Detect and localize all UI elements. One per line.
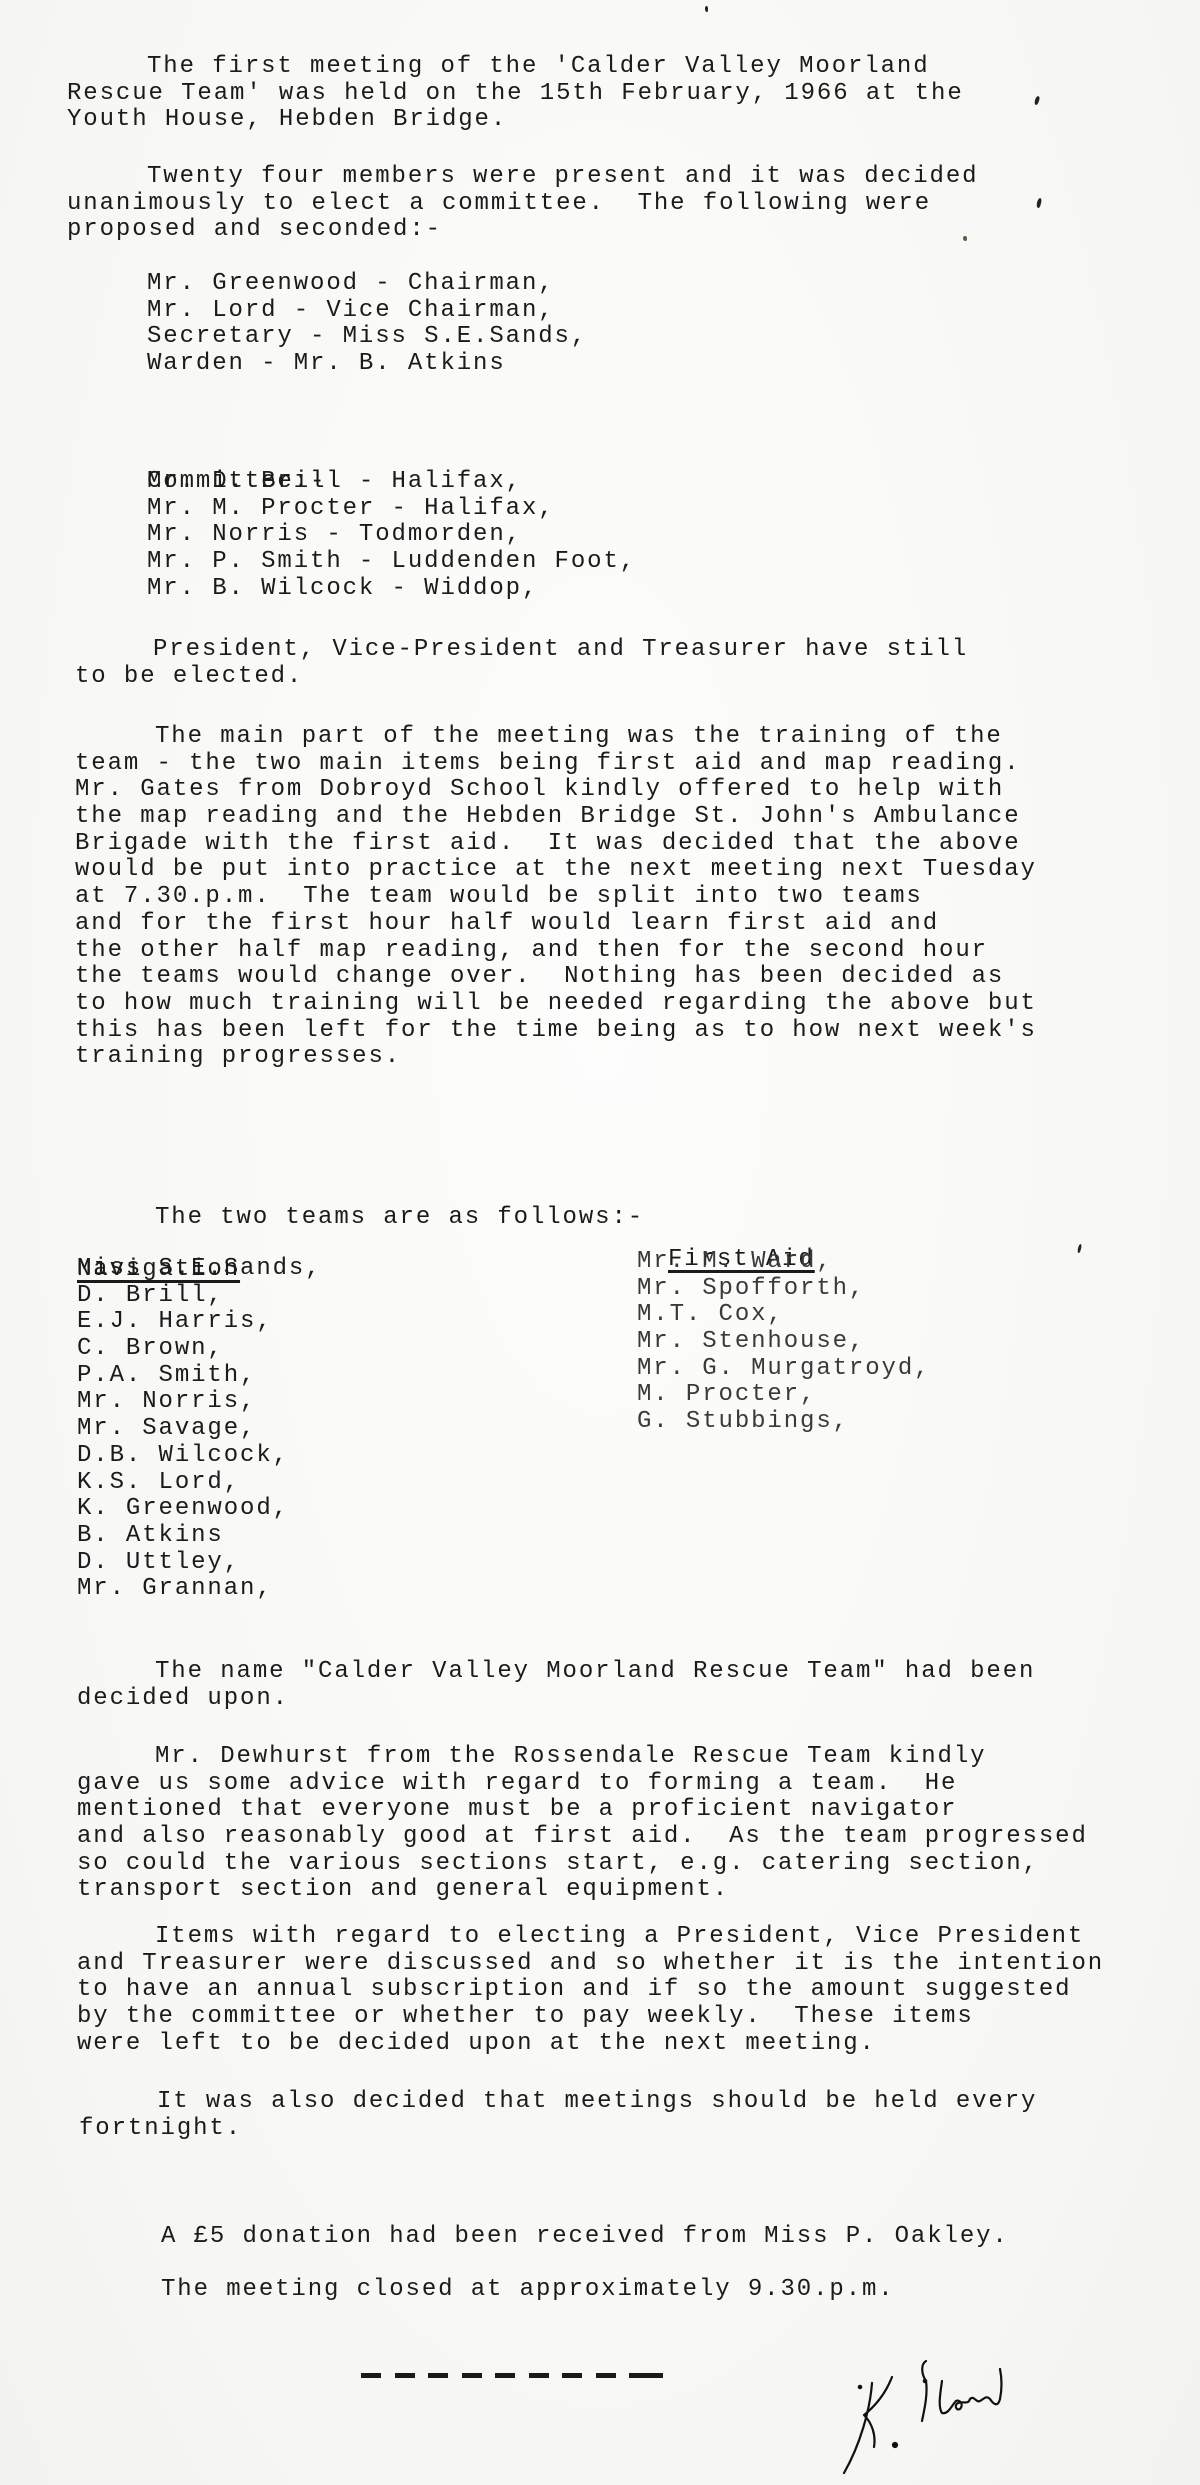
text-line: Mr. M. Ward,	[637, 1249, 930, 1276]
text-line: Twenty four members were present and it …	[67, 164, 978, 191]
text-line: Mr. Norris - Todmorden,	[147, 522, 636, 549]
text-line: to how much training will be needed rega…	[75, 991, 1037, 1018]
text-line: Miss S.E.Sands,	[77, 1256, 322, 1283]
text-line: mentioned that everyone must be a profic…	[77, 1797, 1088, 1824]
text-line: Mr. Lord - Vice Chairman,	[147, 298, 587, 325]
text-line: Mr. Grannan,	[77, 1576, 322, 1603]
text-line: G. Stubbings,	[637, 1409, 930, 1436]
navigation-team-list: Miss S.E.Sands,D. Brill,E.J. Harris,C. B…	[77, 1256, 322, 1603]
text-line: D. Brill,	[77, 1283, 322, 1310]
advice-paragraph: Mr. Dewhurst from the Rossendale Rescue …	[77, 1744, 1088, 1904]
text-line: Mr. Norris,	[77, 1389, 322, 1416]
text-line: and for the first hour half would learn …	[75, 911, 1037, 938]
text-line: M.T. Cox,	[637, 1302, 930, 1329]
text-line: E.J. Harris,	[77, 1309, 322, 1336]
text-line: Mr. D. Brill - Halifax,	[147, 469, 636, 496]
text-line: Youth House, Hebden Bridge.	[67, 107, 964, 134]
ink-speck	[705, 6, 708, 12]
text-line: proposed and seconded:-	[67, 217, 978, 244]
text-line: transport section and general equipment.	[77, 1877, 1088, 1904]
text-line: training progresses.	[75, 1044, 1037, 1071]
text-line: The name "Calder Valley Moorland Rescue …	[77, 1659, 1035, 1686]
text-line: the teams would change over. Nothing has…	[75, 964, 1037, 991]
text-line: M. Procter,	[637, 1382, 930, 1409]
text-line: Mr. Greenwood - Chairman,	[147, 271, 587, 298]
text-line: The main part of the meeting was the tra…	[75, 724, 1037, 751]
text-line: to be elected.	[75, 664, 968, 691]
text-line: the other half map reading, and then for…	[75, 938, 1037, 965]
text-line: and Treasurer were discussed and so whet…	[77, 1951, 1104, 1978]
attendance-paragraph: Twenty four members were present and it …	[67, 164, 978, 244]
text-line: fortnight.	[79, 2116, 1037, 2143]
name-decided-paragraph: The name "Calder Valley Moorland Rescue …	[77, 1659, 1035, 1712]
text-line: B. Atkins	[77, 1523, 322, 1550]
text-line: Items with regard to electing a Presiden…	[77, 1924, 1104, 1951]
text-line: by the committee or whether to pay weekl…	[77, 2004, 1104, 2031]
text-line: at 7.30.p.m. The team would be split int…	[75, 884, 1037, 911]
text-line: President, Vice-President and Treasurer …	[75, 637, 968, 664]
fortnight-paragraph: It was also decided that meetings should…	[79, 2089, 1037, 2142]
end-separator-dashes	[361, 2373, 663, 2378]
text-line: Brigade with the first aid. It was decid…	[75, 831, 1037, 858]
text-line: K. Greenwood,	[77, 1496, 322, 1523]
text-line: Mr. G. Murgatroyd,	[637, 1356, 930, 1383]
text-line: Warden - Mr. B. Atkins	[147, 351, 587, 378]
text-line: Mr. M. Procter - Halifax,	[147, 496, 636, 523]
text-line: gave us some advice with regard to formi…	[77, 1771, 1088, 1798]
ink-speck	[1077, 1244, 1082, 1253]
text-line: Rescue Team' was held on the 15th Februa…	[67, 81, 964, 108]
text-line: so could the various sections start, e.g…	[77, 1851, 1088, 1878]
text-line: unanimously to elect a committee. The fo…	[67, 191, 978, 218]
text-line: It was also decided that meetings should…	[79, 2089, 1037, 2116]
text-line: team - the two main items being first ai…	[75, 751, 1037, 778]
text-line: this has been left for the time being as…	[75, 1018, 1037, 1045]
text-line: were left to be decided upon at the next…	[77, 2031, 1104, 2058]
officers-list: Mr. Greenwood - Chairman,Mr. Lord - Vice…	[147, 271, 587, 378]
text-line: Mr. Spofforth,	[637, 1276, 930, 1303]
text-line: to have an annual subscription and if so…	[77, 1977, 1104, 2004]
items-paragraph: Items with regard to electing a Presiden…	[77, 1924, 1104, 2057]
text-line: Mr. Gates from Dobroyd School kindly off…	[75, 777, 1037, 804]
text-line: Secretary - Miss S.E.Sands,	[147, 324, 587, 351]
text-line: the map reading and the Hebden Bridge St…	[75, 804, 1037, 831]
text-line: Mr. Dewhurst from the Rossendale Rescue …	[77, 1744, 1088, 1771]
text-line: Mr. Stenhouse,	[637, 1329, 930, 1356]
text-line: The first meeting of the 'Calder Valley …	[67, 54, 964, 81]
still-to-elect-paragraph: President, Vice-President and Treasurer …	[75, 637, 968, 690]
closing-line: The meeting closed at approximately 9.30…	[161, 2224, 895, 2358]
text-line: decided upon.	[77, 1686, 1035, 1713]
text-line: Mr. B. Wilcock - Widdop,	[147, 576, 636, 603]
opening-paragraph: The first meeting of the 'Calder Valley …	[67, 54, 964, 134]
text-line: P.A. Smith,	[77, 1363, 322, 1390]
typewritten-minutes-page: The first meeting of the 'Calder Valley …	[0, 0, 1200, 2485]
ink-speck	[1034, 96, 1041, 106]
text-line: Mr. P. Smith - Luddenden Foot,	[147, 549, 636, 576]
committee-list: Mr. D. Brill - Halifax,Mr. M. Procter - …	[147, 469, 636, 602]
text-line: would be put into practice at the next m…	[75, 857, 1037, 884]
text-line: D.B. Wilcock,	[77, 1443, 322, 1470]
training-paragraph: The main part of the meeting was the tra…	[75, 724, 1037, 1071]
ink-speck	[1036, 198, 1042, 209]
first-aid-team-list: Mr. M. Ward,Mr. Spofforth,M.T. Cox,Mr. S…	[637, 1249, 930, 1436]
closing-text: The meeting closed at approximately 9.30…	[161, 2277, 895, 2304]
text-line: Mr. Savage,	[77, 1416, 322, 1443]
text-line: D. Uttley,	[77, 1550, 322, 1577]
text-line: C. Brown,	[77, 1336, 322, 1363]
text-line: K.S. Lord,	[77, 1470, 322, 1497]
handwritten-signature: K. S. Lord	[830, 2355, 1050, 2480]
text-line: and also reasonably good at first aid. A…	[77, 1824, 1088, 1851]
